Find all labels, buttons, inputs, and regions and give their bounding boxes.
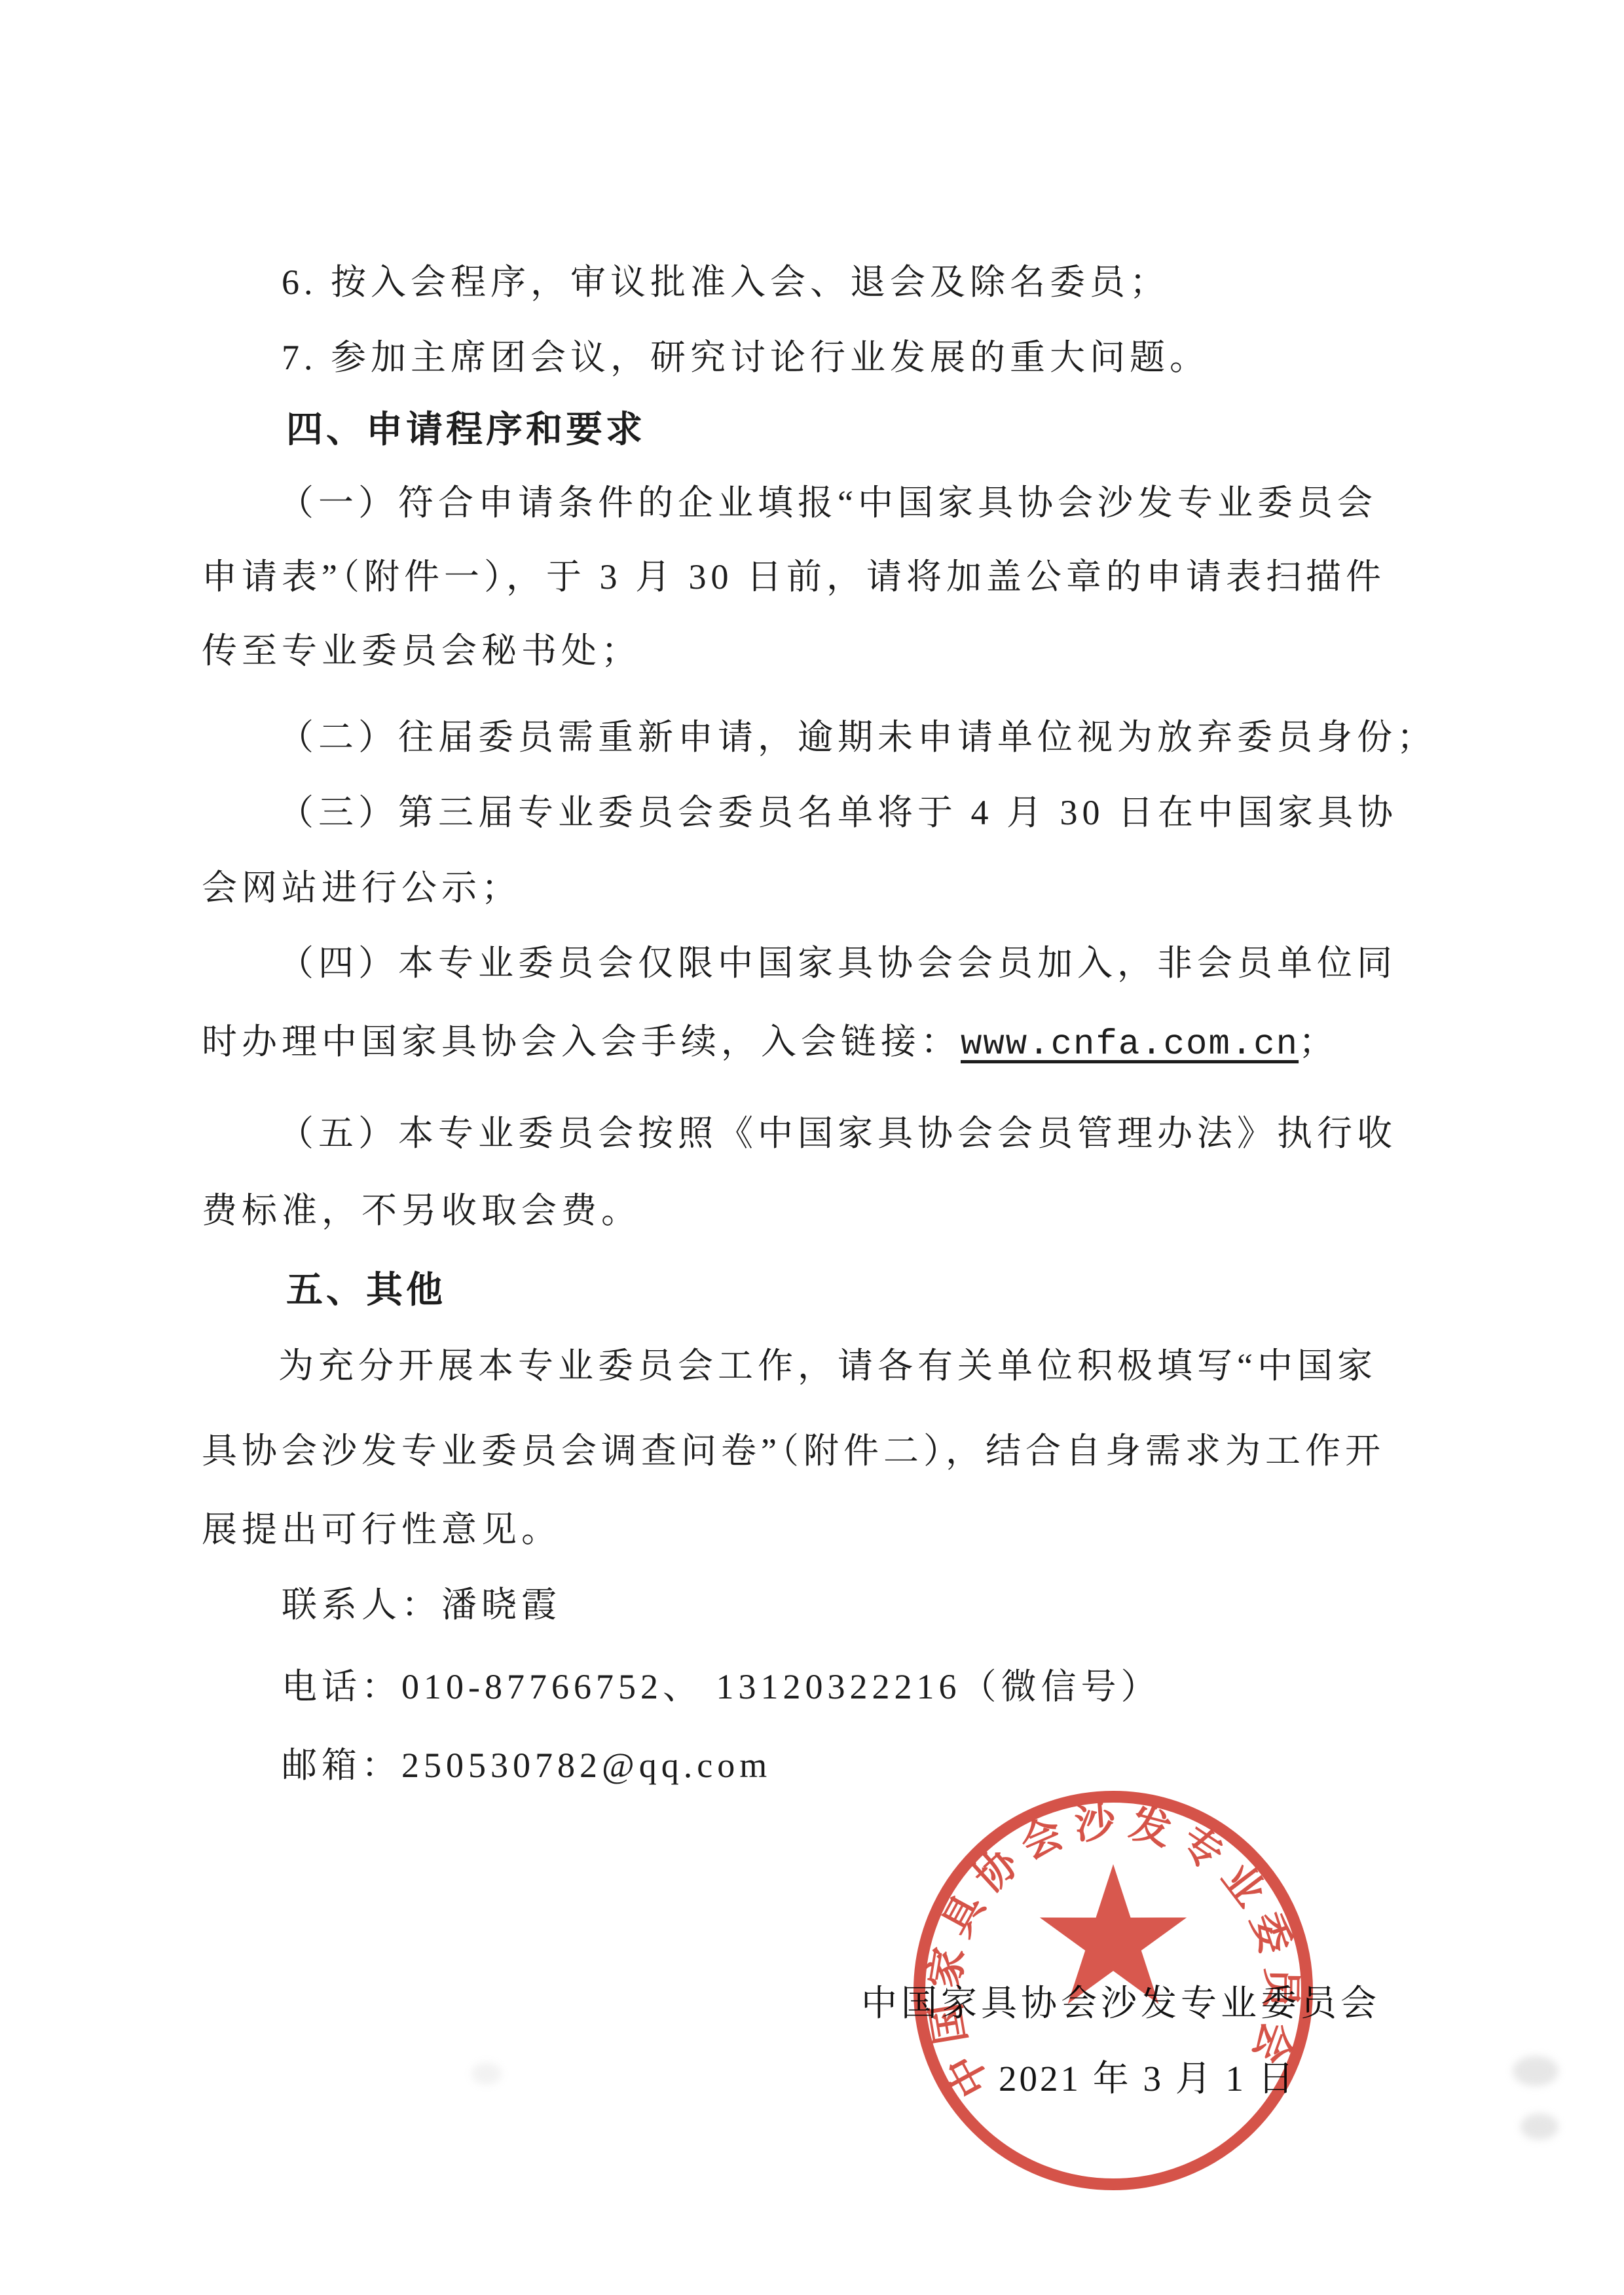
paragraph-4-5b: 费标准，不另收取会费。: [202, 1183, 641, 1233]
list-item-7: 7. 参加主席团会议，研究讨论行业发展的重大问题。: [282, 329, 1209, 380]
link-line-pre: 时办理中国家具协会入会手续，入会链接：: [202, 1022, 961, 1061]
paragraph-4-4a: （四）本专业委员会仅限中国家具协会会员加入，非会员单位同: [278, 935, 1397, 985]
paragraph-4-3b: 会网站进行公示；: [202, 860, 521, 910]
paragraph-4-1c: 传至专业委员会秘书处；: [202, 623, 641, 673]
paragraph-4-4b: 时办理中国家具协会入会手续，入会链接：www.cnfa.com.cn；: [202, 1014, 1338, 1065]
contact-email: 邮箱：250530782@qq.com: [282, 1737, 771, 1788]
contact-person: 联系人：潘晓霞: [282, 1577, 561, 1627]
scan-artifact: [1513, 2056, 1559, 2086]
paragraph-4-2: （二）往届委员需重新申请，逾期未申请单位视为放弃委员身份；: [278, 709, 1437, 760]
section-heading-5: 五、其他: [286, 1261, 446, 1313]
paragraph-4-3a: （三）第三届专业委员会委员名单将于 4 月 30 日在中国家具协: [278, 784, 1397, 835]
scanned-document-page: 6. 按入会程序，审议批准入会、退会及除名委员； 7. 参加主席团会议，研究讨论…: [0, 0, 1624, 2295]
paragraph-5-a: 为充分开展本专业委员会工作，请各有关单位积极填写“中国家: [278, 1338, 1377, 1388]
paragraph-5-b: 具协会沙发专业委员会调查问卷”（附件二），结合自身需求为工作开: [202, 1423, 1385, 1473]
seal-ring: [919, 1797, 1307, 2184]
paragraph-4-1b: 申请表”（附件一），于 3 月 30 日前，请将加盖公章的申请表扫描件: [202, 549, 1386, 599]
contact-phone: 电话：010-87766752、 13120322216（微信号）: [282, 1659, 1160, 1709]
seal-star-icon: [1040, 1864, 1187, 2004]
scan-artifact: [1521, 2114, 1559, 2140]
paragraph-4-5a: （五）本专业委员会按照《中国家具协会会员管理办法》执行收: [278, 1105, 1397, 1156]
link-line-post: ；: [1299, 1022, 1338, 1061]
section-heading-4: 四、申请程序和要求: [286, 401, 646, 453]
list-item-6: 6. 按入会程序，审议批准入会、退会及除名委员；: [282, 254, 1170, 304]
membership-url-link[interactable]: www.cnfa.com.cn: [961, 1025, 1299, 1065]
paragraph-5-c: 展提出可行性意见。: [202, 1501, 561, 1552]
scan-artifact: [471, 2063, 502, 2085]
paragraph-4-1a: （一）符合申请条件的企业填报“中国家具协会沙发专业委员会: [278, 475, 1377, 525]
official-red-seal: 中国家具协会沙发专业委员会: [904, 1781, 1323, 2200]
